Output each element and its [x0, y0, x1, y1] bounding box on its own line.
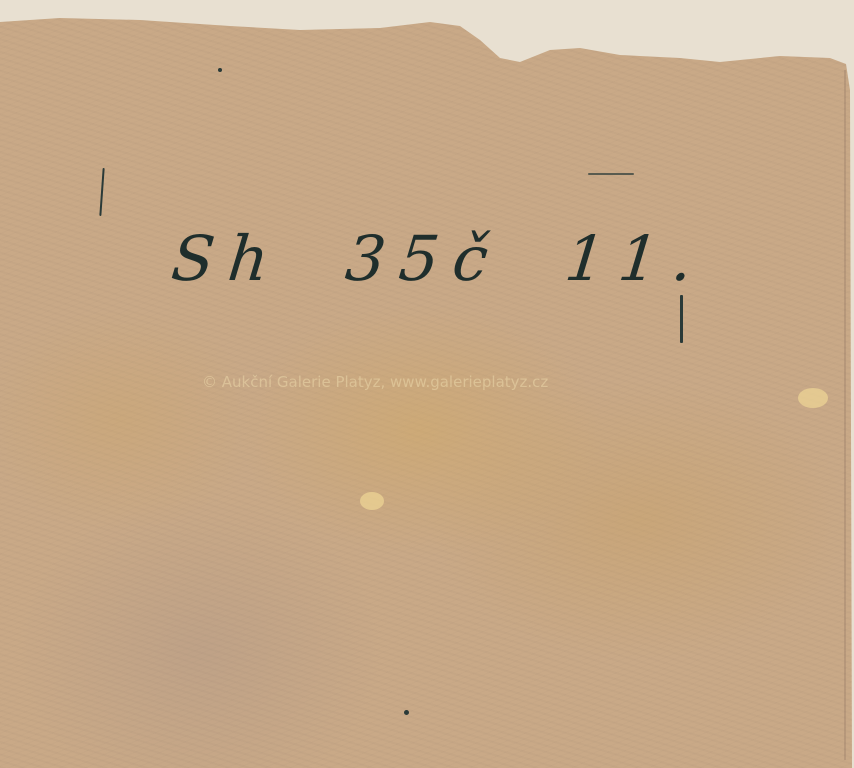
inscription-part-2: 35č: [342, 222, 505, 295]
ink-dot-bottom: [404, 710, 409, 715]
light-spot: [360, 492, 384, 510]
light-spot-right: [798, 388, 828, 408]
inscription-part-3: 11.: [562, 222, 710, 295]
ink-dot: [218, 68, 222, 72]
inscription-part-1: Sh: [168, 222, 286, 295]
watermark: © Aukční Galerie Platyz, www.galerieplat…: [202, 373, 548, 391]
pencil-mark-top-right: [588, 173, 634, 175]
handwritten-inscription: Sh 35č 11.: [168, 222, 740, 295]
pencil-mark-right: [680, 295, 683, 343]
paper-fold-edge: [844, 70, 846, 760]
